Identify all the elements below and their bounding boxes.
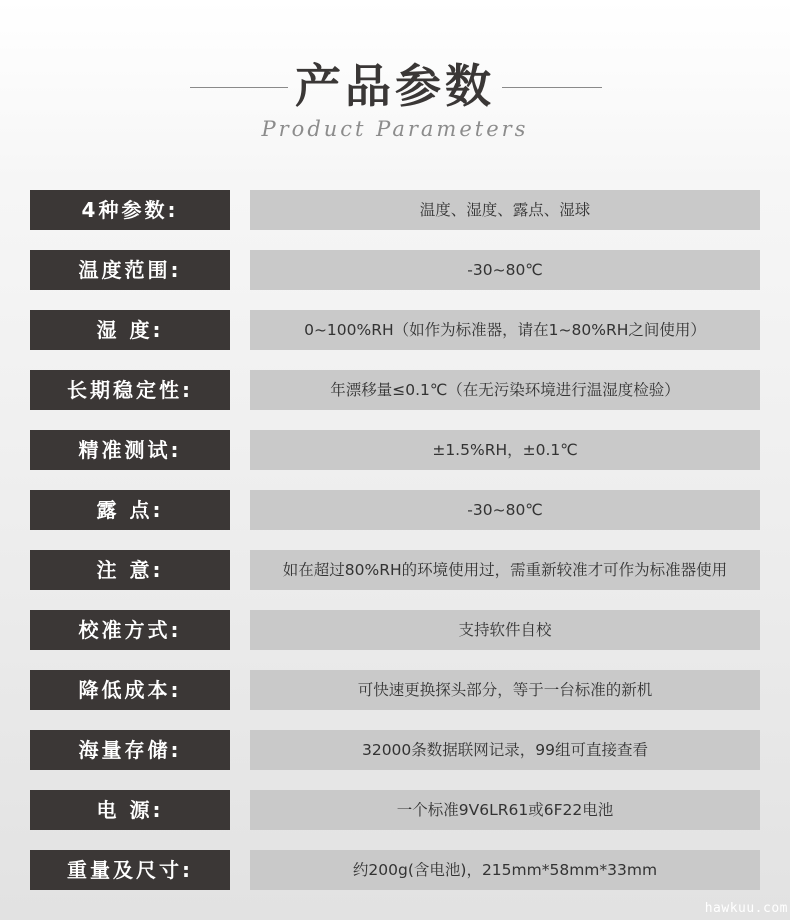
param-row-temperature-range: 温度范围: -30~80℃ (0, 250, 790, 290)
param-label: 精准测试: (30, 430, 230, 470)
param-value: 如在超过80%RH的环境使用过，需重新较准才可作为标准器使用 (250, 550, 760, 590)
param-row-weight-dimensions: 重量及尺寸: 约200g(含电池)，215mm*58mm*33mm (0, 850, 790, 890)
param-label: 注 意: (30, 550, 230, 590)
param-label: 湿 度: (30, 310, 230, 350)
param-row-power: 电 源: 一个标准9V6LR61或6F22电池 (0, 790, 790, 830)
param-label: 电 源: (30, 790, 230, 830)
title-divider-right (502, 87, 602, 88)
param-label: 降低成本: (30, 670, 230, 710)
param-value: 温度、湿度、露点、湿球 (250, 190, 760, 230)
param-row-humidity: 湿 度: 0~100%RH（如作为标准器，请在1~80%RH之间使用） (0, 310, 790, 350)
param-value: 可快速更换探头部分，等于一台标准的新机 (250, 670, 760, 710)
param-row-long-term-stability: 长期稳定性: 年漂移量≤0.1℃（在无污染环境进行温湿度检验） (0, 370, 790, 410)
param-row-notice: 注 意: 如在超过80%RH的环境使用过，需重新较准才可作为标准器使用 (0, 550, 790, 590)
parameter-table: 4种参数: 温度、湿度、露点、湿球 温度范围: -30~80℃ 湿 度: 0~1… (0, 190, 790, 910)
watermark: hawkuu.com (705, 901, 788, 916)
param-label: 温度范围: (30, 250, 230, 290)
param-label: 校准方式: (30, 610, 230, 650)
param-label: 海量存储: (30, 730, 230, 770)
page-title: 产品参数 (290, 58, 500, 114)
param-value: 0~100%RH（如作为标准器，请在1~80%RH之间使用） (250, 310, 760, 350)
param-row-storage: 海量存储: 32000条数据联网记录，99组可直接查看 (0, 730, 790, 770)
title-row: 产品参数 (0, 58, 790, 114)
param-value: -30~80℃ (250, 250, 760, 290)
page-subtitle: Product Parameters (0, 117, 790, 141)
param-row-dew-point: 露 点: -30~80℃ (0, 490, 790, 530)
param-value: 一个标准9V6LR61或6F22电池 (250, 790, 760, 830)
title-divider-left (190, 87, 288, 88)
param-row-cost-reduction: 降低成本: 可快速更换探头部分，等于一台标准的新机 (0, 670, 790, 710)
param-value: 年漂移量≤0.1℃（在无污染环境进行温湿度检验） (250, 370, 760, 410)
param-value: 约200g(含电池)，215mm*58mm*33mm (250, 850, 760, 890)
param-label: 4种参数: (30, 190, 230, 230)
section-header: 产品参数 Product Parameters (0, 0, 790, 170)
param-label: 露 点: (30, 490, 230, 530)
param-value: 支持软件自校 (250, 610, 760, 650)
param-row-accuracy: 精准测试: ±1.5%RH，±0.1℃ (0, 430, 790, 470)
param-row-calibration: 校准方式: 支持软件自校 (0, 610, 790, 650)
param-value: 32000条数据联网记录，99组可直接查看 (250, 730, 760, 770)
param-label: 重量及尺寸: (30, 850, 230, 890)
param-value: -30~80℃ (250, 490, 760, 530)
param-row-measurement-types: 4种参数: 温度、湿度、露点、湿球 (0, 190, 790, 230)
param-value: ±1.5%RH，±0.1℃ (250, 430, 760, 470)
param-label: 长期稳定性: (30, 370, 230, 410)
